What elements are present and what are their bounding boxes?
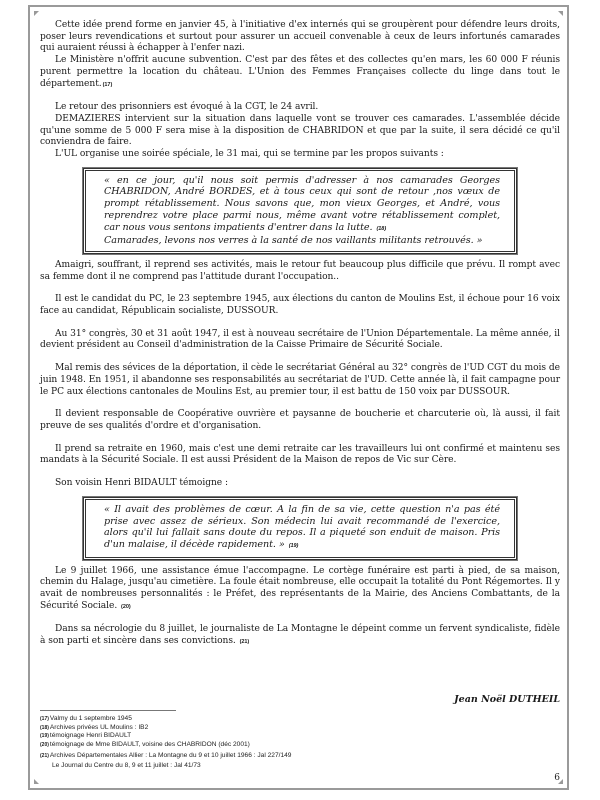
footnote-item: (21)Archives Départementales Allier : La…: [40, 752, 291, 761]
footnote-number: (20): [40, 742, 49, 748]
footnote-ref: (19): [289, 543, 299, 549]
paragraph: Il est le candidat du PC, le 23 septembr…: [40, 294, 560, 317]
paragraph: Le Ministère n'offrit aucune subvention.…: [40, 55, 560, 91]
footnote-item: (20)témoignage de Mme BIDAULT, voisine d…: [40, 741, 291, 750]
footnote-item: (17)Valmy du 1 septembre 1945: [40, 715, 291, 724]
quote-text: Camarades, levons nos verres à la santé …: [104, 235, 500, 247]
footnote-ref: (18): [377, 226, 387, 232]
paragraph: Il prend sa retraite en 1960, mais c'est…: [40, 444, 560, 467]
footnote-text: Archives Départementales Allier : La Mon…: [50, 752, 292, 759]
footnote-text: Archives privées UL Moulins : IB2: [50, 724, 148, 731]
page-number: 6: [554, 773, 560, 783]
paragraph-text: Dans sa nécrologie du 8 juillet, le jour…: [40, 624, 560, 646]
paragraph: Cette idée prend forme en janvier 45, à …: [40, 20, 560, 55]
footnote-divider: [40, 710, 176, 711]
paragraph: Amaigri, souffrant, il reprend ses activ…: [40, 260, 560, 283]
footnote-ref: (20): [121, 604, 131, 610]
corner-ornament: [34, 11, 39, 16]
footnote-text: Valmy du 1 septembre 1945: [50, 715, 132, 722]
footnotes: (17)Valmy du 1 septembre 1945 (18)Archiv…: [40, 715, 291, 770]
footnote-text: Le Journal du Centre du 8, 9 et 11 juill…: [52, 762, 201, 769]
footnote-item: (18)Archives privées UL Moulins : IB2: [40, 724, 291, 733]
quote-text: « en ce jour, qu'il nous soit permis d'a…: [104, 175, 500, 236]
paragraph-text: Le Ministère n'offrit aucune subvention.…: [40, 55, 560, 88]
paragraph: Au 31° congrès, 30 et 31 août 1947, il e…: [40, 329, 560, 352]
footnote-text: témoignage de Mme BIDAULT, voisine des C…: [50, 741, 250, 748]
footnote-ref: (17): [103, 82, 113, 88]
footnote-number: (21): [40, 753, 49, 759]
author-signature: Jean Noël DUTHEIL: [454, 694, 560, 705]
quote-box-bidault: « Il avait des problèmes de cœur. A la f…: [83, 497, 517, 560]
quote-part: « Il avait des problèmes de cœur. A la f…: [104, 504, 500, 550]
footnote-item-continuation: Le Journal du Centre du 8, 9 et 11 juill…: [40, 762, 291, 771]
paragraph: Le retour des prisonniers est évoqué à l…: [40, 102, 560, 114]
corner-ornament: [34, 779, 39, 784]
corner-ornament: [558, 11, 563, 16]
paragraph: DEMAZIERES intervient sur la situation d…: [40, 114, 560, 149]
footnote-number: (18): [40, 725, 49, 731]
footnote-number: (17): [40, 716, 49, 722]
footnote-text: témoignage Henri BIDAULT: [50, 732, 131, 739]
paragraph: L'UL organise une soirée spéciale, le 31…: [40, 149, 560, 161]
quote-text: « Il avait des problèmes de cœur. A la f…: [104, 504, 500, 553]
quote-box-ul-soiree: « en ce jour, qu'il nous soit permis d'a…: [83, 168, 517, 254]
paragraph: Il devient responsable de Coopérative ou…: [40, 409, 560, 432]
paragraph: Le 9 juillet 1966, une assistance émue l…: [40, 566, 560, 614]
quote-part: « en ce jour, qu'il nous soit permis d'a…: [104, 175, 500, 233]
paragraph: Mal remis des sévices de la déportation,…: [40, 363, 560, 398]
body-text: Cette idée prend forme en janvier 45, à …: [40, 20, 560, 649]
paragraph: Dans sa nécrologie du 8 juillet, le jour…: [40, 624, 560, 648]
paragraph: Son voisin Henri BIDAULT témoigne :: [40, 478, 560, 490]
footnote-item: (19)témoignage Henri BIDAULT: [40, 732, 291, 741]
footnote-number: (19): [40, 733, 49, 739]
footnote-ref: (21): [240, 639, 250, 645]
paragraph-text: Le 9 juillet 1966, une assistance émue l…: [40, 566, 560, 611]
